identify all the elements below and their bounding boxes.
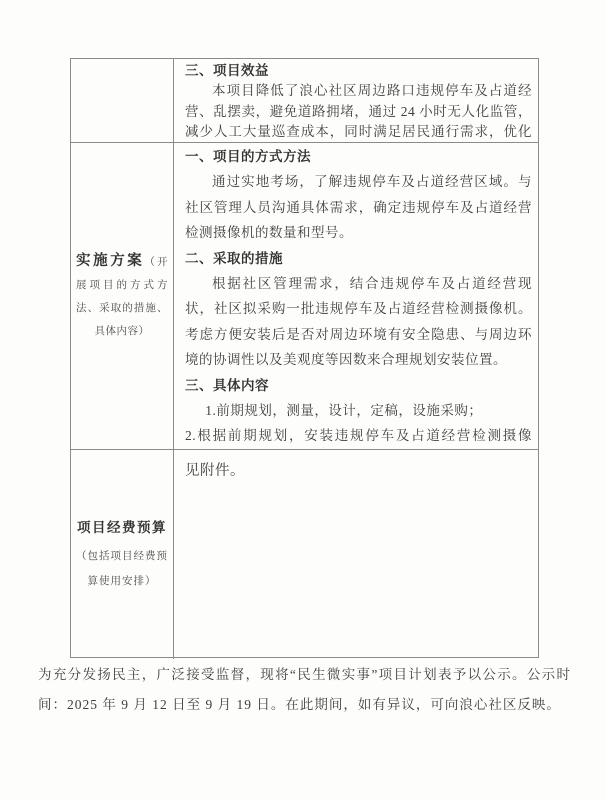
label-cell-implementation-plan: 实施方案（开展项目的方式方法、采取的措施、具体内容）	[71, 143, 174, 450]
implementation-plan-label-title: 实施方案	[76, 253, 144, 269]
paragraph-project-benefits: 本项目降低了浪心社区周边路口违规停车及占道经营、乱摆卖，避免道路拥堵，通过 24…	[185, 81, 532, 143]
section-heading-measures: 二、采取的措施	[185, 246, 532, 271]
implementation-plan-label-note: （开展项目的方式方法、采取的措施、具体内容）	[76, 257, 168, 337]
budget-attachment-note: 见附件。	[185, 459, 532, 483]
detail-item-2: 2.根据前期规划，安装违规停车及占道经营检测摄像机。	[185, 423, 532, 450]
detail-item-1: 1.前期规划，测量，设计，定稿，设施采购；	[185, 398, 532, 423]
public-notice-paragraph: 为充分发扬民主，广泛接受监督，现将“民生微实事”项目计划表予以公示。公示时间：2…	[38, 660, 571, 720]
content-cell-project-budget: 见附件。	[174, 450, 538, 659]
label-cell-row1-empty	[71, 59, 174, 143]
label-cell-project-budget: 项目经费预算 （包括项目经费预算使用安排）	[71, 450, 174, 659]
paragraph-measures: 根据社区管理需求，结合违规停车及占道经营现状，社区拟采购一批违规停车及占道经营检…	[185, 271, 532, 373]
project-budget-label-note: （包括项目经费预算使用安排）	[76, 544, 168, 594]
project-budget-label-title: 项目经费预算	[76, 516, 168, 536]
implementation-plan-label: 实施方案（开展项目的方式方法、采取的措施、具体内容）	[76, 250, 168, 342]
paragraph-methods: 通过实地考场，了解违规停车及占道经营区域。与社区管理人员沟通具体需求，确定违规停…	[185, 169, 532, 245]
content-cell-project-benefits: 三、项目效益本项目降低了浪心社区周边路口违规停车及占道经营、乱摆卖，避免道路拥堵…	[174, 59, 538, 143]
content-cell-implementation-plan: 一、项目的方式方法通过实地考场，了解违规停车及占道经营区域。与社区管理人员沟通具…	[174, 143, 538, 450]
project-plan-table: 三、项目效益本项目降低了浪心社区周边路口违规停车及占道经营、乱摆卖，避免道路拥堵…	[70, 58, 539, 658]
section-heading-project-benefits: 三、项目效益	[185, 61, 532, 81]
section-heading-details: 三、具体内容	[185, 373, 532, 398]
section-heading-methods: 一、项目的方式方法	[185, 144, 532, 169]
